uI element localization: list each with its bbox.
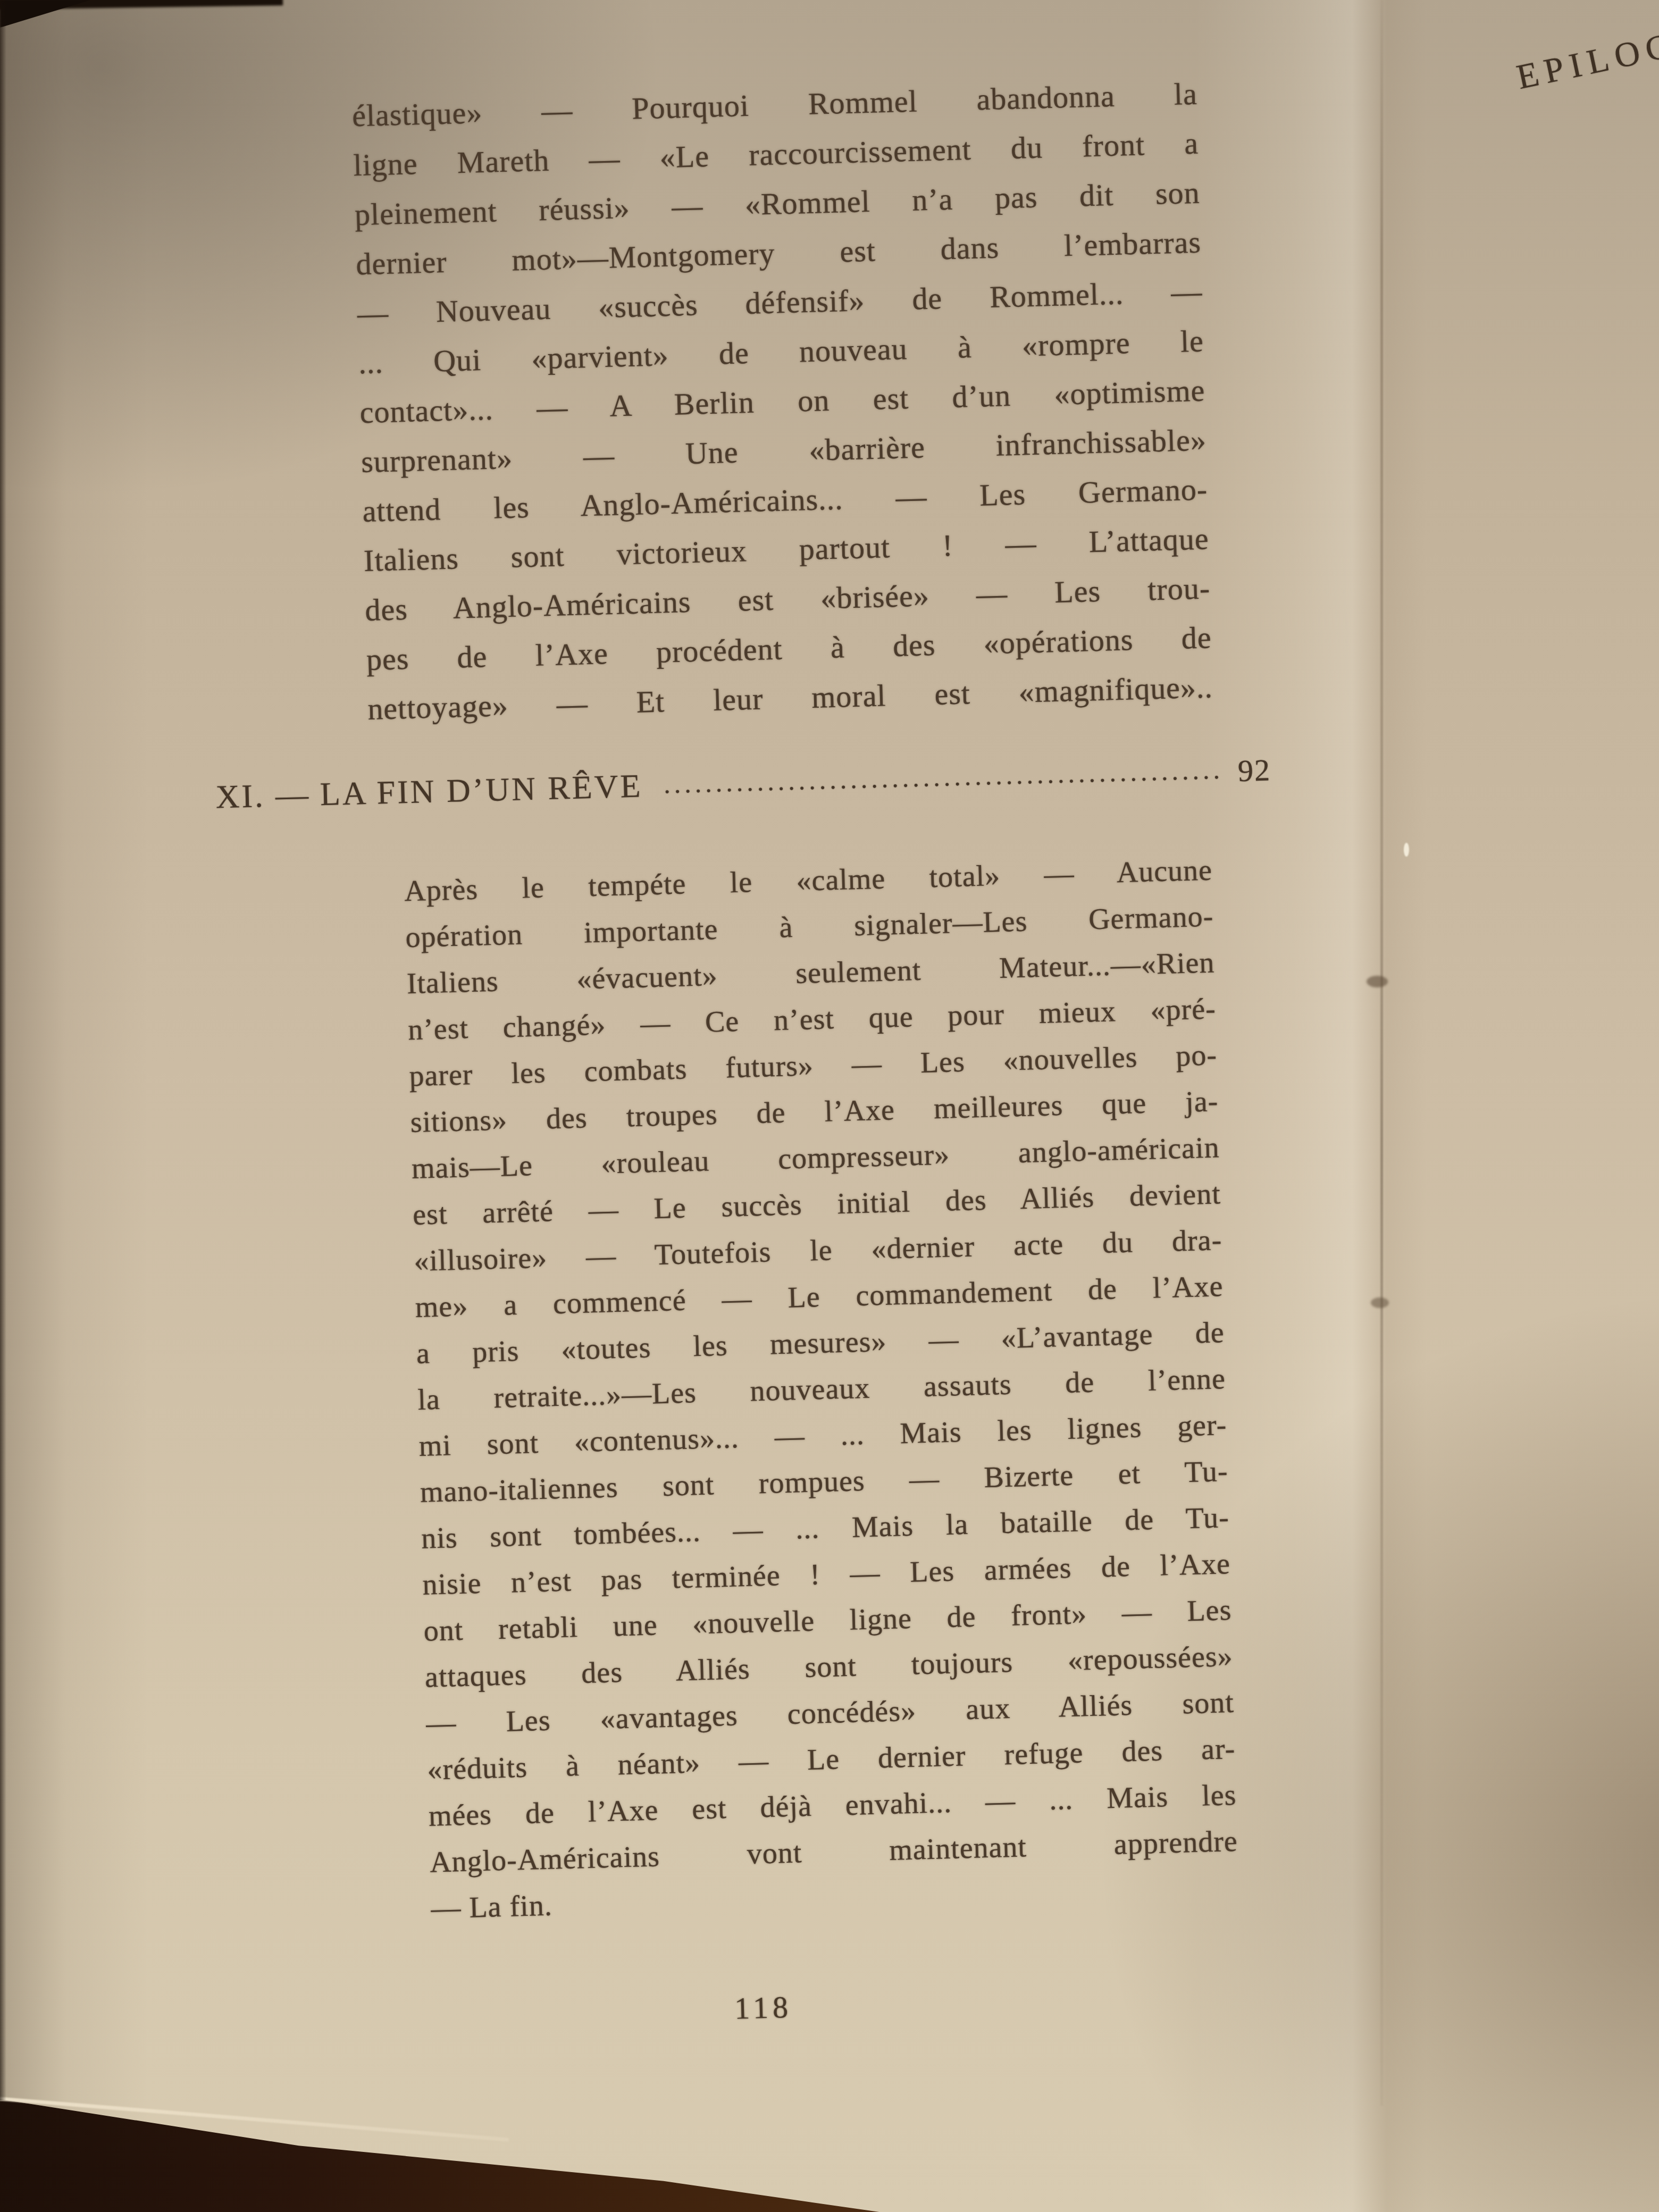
- book-photo: EPILOG élastique» — Pourquoi Rommel aban…: [0, 0, 1659, 2212]
- chapter-title: LA FIN D’UN RÊVE: [320, 757, 643, 823]
- toc-summary-chapter-xi: Après le tempéte le «calme total» — Aucu…: [404, 847, 1239, 1932]
- toc-content: élastique» — Pourquoi Rommel abandonna l…: [175, 46, 1311, 2040]
- toc-entry-chapter-xi: XI. — LA FIN D’UN RÊVE .................…: [215, 741, 1271, 828]
- stitch-mark: [1371, 1297, 1389, 1308]
- page-folio: 118: [359, 1979, 1168, 2036]
- toc-summary-chapter-x: élastique» — Pourquoi Rommel abandonna l…: [351, 69, 1213, 734]
- dot-leader: ........................................…: [663, 741, 1223, 812]
- book-page: EPILOG élastique» — Pourquoi Rommel aban…: [0, 0, 1659, 2212]
- stitch-mark: [1367, 976, 1388, 987]
- page-gutter-seam: [1380, 0, 1383, 2106]
- paper-fleck: [1404, 843, 1409, 857]
- running-header-epilogue: EPILOG: [1513, 24, 1659, 98]
- photo-left-edge: [0, 0, 6, 2100]
- chapter-page-number: 92: [1237, 742, 1272, 800]
- chapter-number: XI. —: [215, 766, 311, 826]
